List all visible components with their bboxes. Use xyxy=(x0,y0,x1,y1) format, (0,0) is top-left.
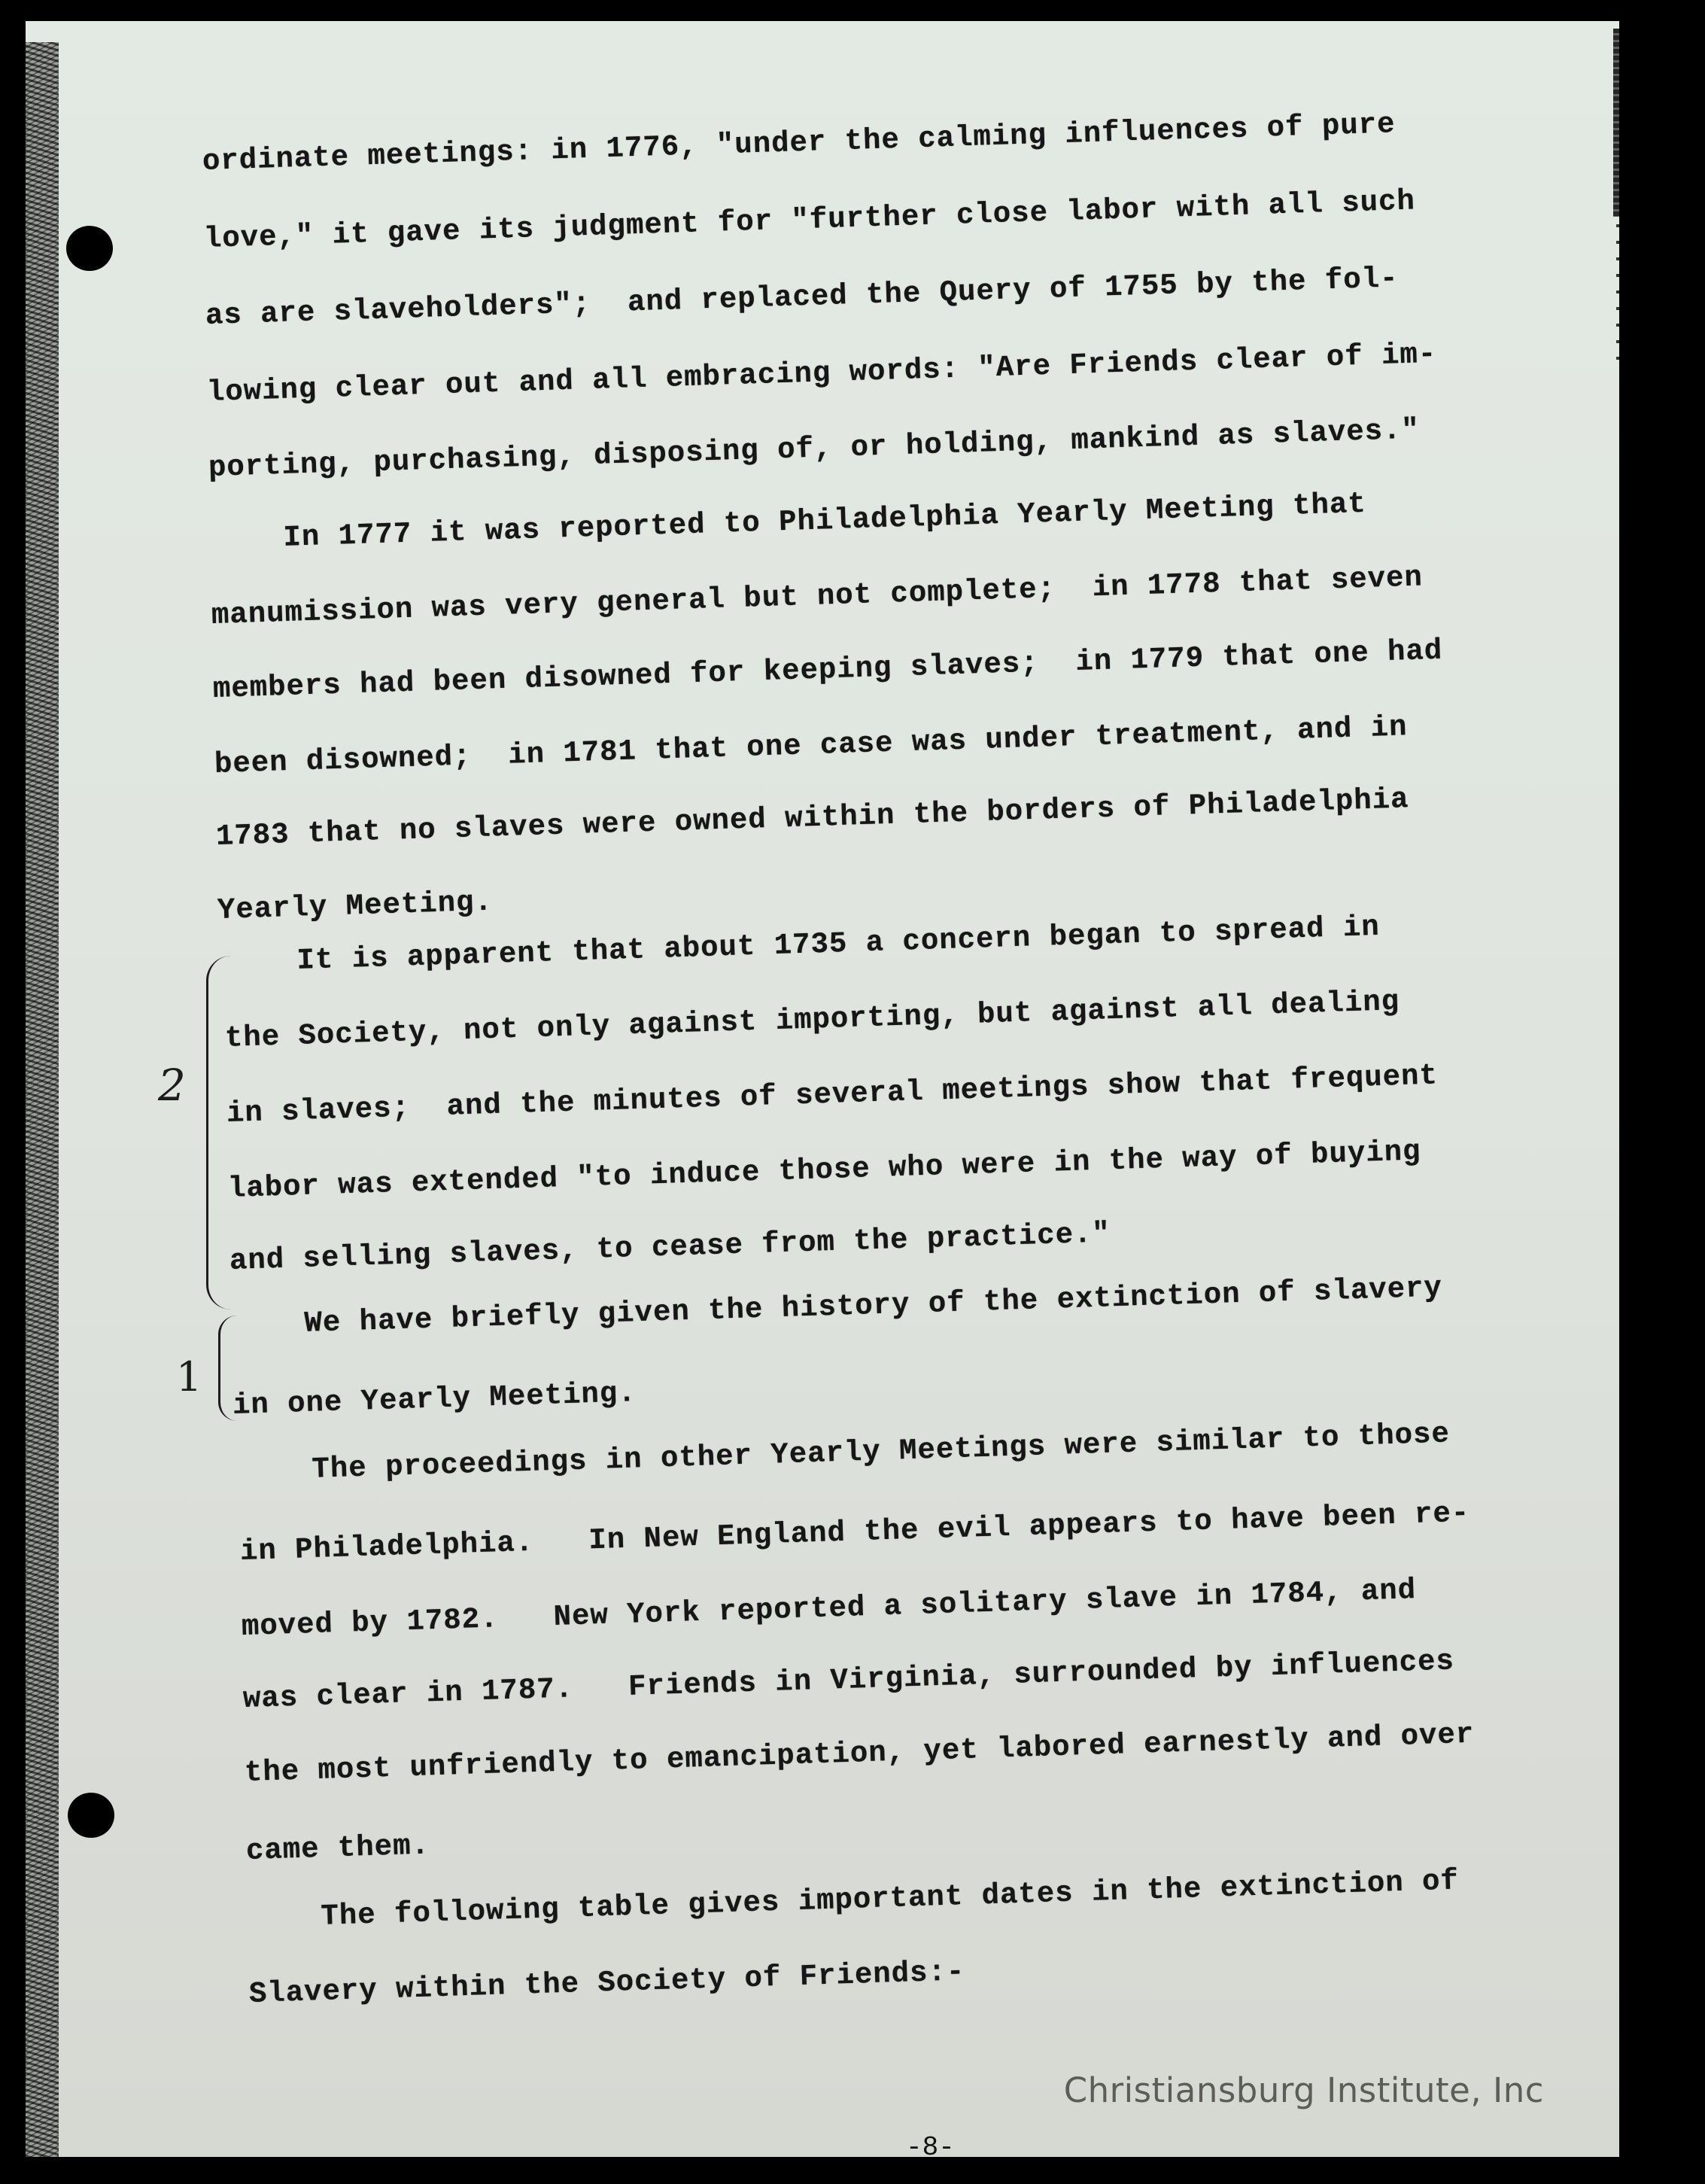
text-line: Slavery within the Society of Friends:- xyxy=(248,1955,965,2011)
margin-note-2: 2 xyxy=(158,1060,186,1111)
text-line: came them. xyxy=(245,1829,430,1868)
text-line: labor was extended "to induce those who … xyxy=(227,1135,1421,1206)
text-line: in Philadelphia. In New England the evil… xyxy=(239,1497,1470,1568)
text-line: manumission was very general but not com… xyxy=(211,561,1423,632)
text-line: as are slaveholders"; and replaced the Q… xyxy=(205,262,1399,333)
text-line: porting, purchasing, disposing of, or ho… xyxy=(208,413,1420,485)
text-line: Yearly Meeting. xyxy=(217,886,493,927)
text-line: was clear in 1787. Friends in Virginia, … xyxy=(242,1644,1454,1716)
text-line: moved by 1782. New York reported a solit… xyxy=(241,1574,1416,1644)
typed-text-body: ordinate meetings: in 1776, "under the c… xyxy=(26,21,1619,2157)
text-line: In 1777 it was reported to Philadelphia … xyxy=(209,488,1366,557)
text-line: and selling slaves, to cease from the pr… xyxy=(229,1217,1111,1278)
page-number: -8- xyxy=(906,2132,955,2157)
text-line: in slaves; and the minutes of several me… xyxy=(226,1059,1438,1130)
scanned-page: ordinate meetings: in 1776, "under the c… xyxy=(26,21,1619,2157)
text-line: lowing clear out and all embracing words… xyxy=(206,338,1437,409)
text-line: been disowned; in 1781 that one case was… xyxy=(214,710,1408,781)
text-line: The following table gives important date… xyxy=(247,1864,1459,1936)
text-line: in one Yearly Meeting. xyxy=(232,1376,637,1422)
text-line: love," it gave its judgment for "further… xyxy=(203,184,1415,256)
text-line: members had been disowned for keeping sl… xyxy=(212,634,1443,706)
text-line: the Society, not only against importing,… xyxy=(224,985,1400,1055)
text-line: The proceedings in other Yearly Meetings… xyxy=(238,1417,1450,1489)
text-line: We have briefly given the history of the… xyxy=(230,1271,1442,1343)
margin-brace-2 xyxy=(206,956,231,1309)
watermark-text: Christiansburg Institute, Inc xyxy=(1064,2070,1544,2110)
margin-note-1: 1 xyxy=(176,1353,202,1401)
margin-brace-1 xyxy=(218,1316,237,1421)
text-line: the most unfriendly to emancipation, yet… xyxy=(244,1718,1475,1790)
text-line: 1783 that no slaves were owned within th… xyxy=(215,783,1409,853)
text-line: ordinate meetings: in 1776, "under the c… xyxy=(202,108,1396,178)
